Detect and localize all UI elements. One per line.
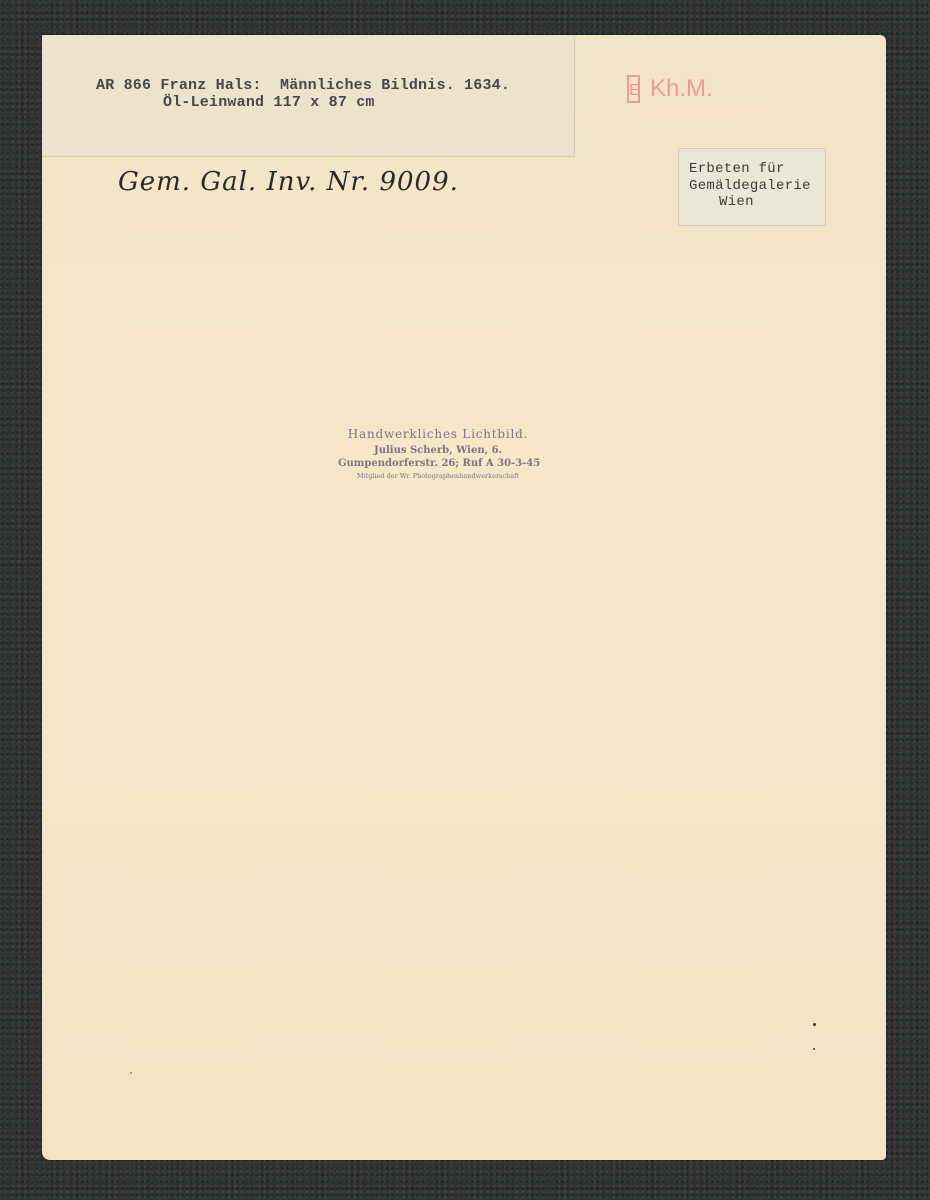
request-label-line-2: Gemäldegalerie — [689, 178, 811, 194]
catalog-label-line-2: Öl-Leinwand 117 x 87 cm — [163, 94, 375, 111]
photo-print-back: AR 866 Franz Hals: Männliches Bildnis. 1… — [42, 35, 886, 1160]
request-label-line-1: Erbeten für — [689, 161, 785, 177]
photographer-stamp-name: Julius Scherb, Wien, 6. — [338, 445, 538, 456]
khm-red-stamp: E Kh.M. — [627, 75, 713, 103]
paper-speck — [130, 1072, 132, 1074]
photographer-stamp: Handwerkliches Lichtbild. Julius Scherb,… — [338, 427, 538, 480]
catalog-label-line-1: AR 866 Franz Hals: Männliches Bildnis. 1… — [96, 77, 510, 94]
request-label-line-3: Wien — [719, 194, 754, 210]
stamp-box-icon: E — [627, 75, 640, 103]
red-stamp-text: Kh.M. — [650, 75, 713, 103]
catalog-label-strip: AR 866 Franz Hals: Männliches Bildnis. 1… — [42, 35, 575, 157]
handwritten-inventory-number: Gem. Gal. Inv. Nr. 9009. — [118, 167, 459, 197]
photographer-stamp-membership: Mitglied der Wr. Photographenhandwerkers… — [338, 472, 538, 480]
paper-speck — [813, 1048, 815, 1050]
photographer-stamp-address: Gumpendorferstr. 26; Ruf A 30-3-45 — [338, 458, 538, 469]
paper-speck — [813, 1023, 816, 1026]
request-label: Erbeten für Gemäldegalerie Wien — [678, 148, 826, 226]
photographer-stamp-title: Handwerkliches Lichtbild. — [338, 427, 538, 441]
